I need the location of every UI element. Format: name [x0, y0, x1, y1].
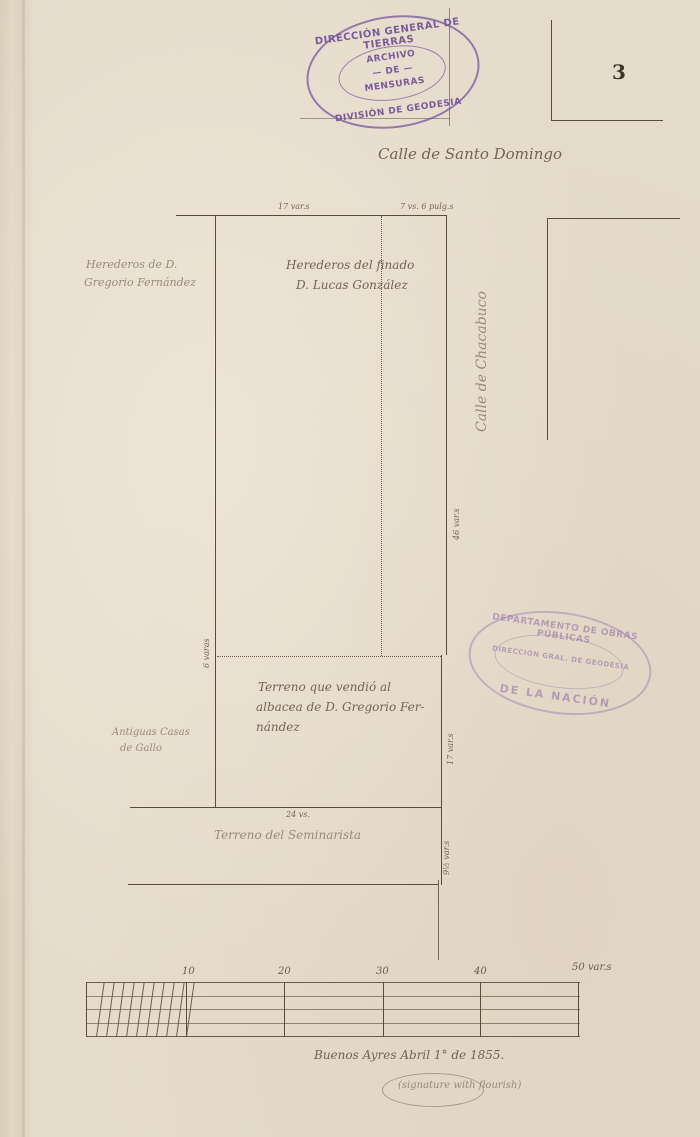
dimension-south-back: 24 vs.	[286, 810, 310, 819]
north-boundary	[176, 215, 446, 216]
sheet-box-left-border	[551, 20, 552, 120]
signature: (signature with flourish)	[398, 1080, 521, 1091]
south-parcel-top	[130, 807, 441, 808]
scale-label: 30	[376, 966, 389, 977]
opposite-block-top	[548, 218, 680, 219]
parcel-north-line1: Herederos del finado	[286, 258, 414, 272]
dotted-division-horizontal	[217, 656, 441, 657]
east-boundary-upper	[446, 215, 447, 655]
date-line: Buenos Ayres Abril 1° de 1855.	[314, 1048, 504, 1062]
dimension-east-bottom: 9½ var.s	[442, 841, 451, 875]
scale-tick	[284, 982, 285, 1037]
parcel-subject-line3: nández	[256, 720, 300, 734]
dimension-east-lower: 17 var.s	[446, 733, 455, 765]
scale-line	[86, 1036, 580, 1037]
scale-tick	[578, 982, 579, 1037]
street-label-right: Calle de Chacabuco	[474, 291, 490, 432]
parcel-west-line2: Gregorio Fernández	[84, 276, 196, 289]
scale-tick	[383, 982, 384, 1037]
parcel-west-line1: Herederos de D.	[86, 258, 177, 271]
dimension-west-side: 6 varas	[202, 638, 211, 668]
scale-label: 20	[278, 966, 291, 977]
parcel-north-line2: D. Lucas González	[296, 278, 408, 292]
binding-fold	[22, 0, 25, 1137]
scale-label: 10	[182, 966, 195, 977]
parcel-subject-line1: Terreno que vendió al	[258, 680, 391, 694]
parcel-south-line1: Terreno del Seminarista	[214, 828, 361, 842]
east-boundary-tail	[438, 880, 439, 960]
opposite-block-left	[547, 218, 548, 440]
scale-label: 40	[474, 966, 487, 977]
scale-line	[86, 1023, 580, 1024]
scale-label: 50 var.s	[572, 962, 612, 973]
street-label-top: Calle de Santo Domingo	[378, 145, 562, 163]
west-boundary	[215, 215, 216, 807]
parcel-southwest-line2: de Gallo	[120, 743, 162, 754]
dimension-north-front: 17 var.s	[278, 202, 310, 211]
scale-bar	[86, 982, 580, 1037]
scale-tick	[480, 982, 481, 1037]
dimension-north-right: 7 vs. 6 pulg.s	[400, 202, 454, 211]
sheet-box-bottom-border	[551, 120, 663, 121]
scale-line	[86, 996, 580, 997]
dimension-east-upper: 46 var.s	[452, 508, 461, 540]
scale-line	[86, 982, 580, 983]
parcel-southwest-line1: Antiguas Casas	[112, 727, 190, 738]
scale-tick	[86, 982, 87, 1037]
parcel-subject-line2: albacea de D. Gregorio Fer-	[256, 700, 425, 714]
south-parcel-bottom	[128, 884, 438, 885]
sheet-number: 3	[612, 60, 626, 84]
